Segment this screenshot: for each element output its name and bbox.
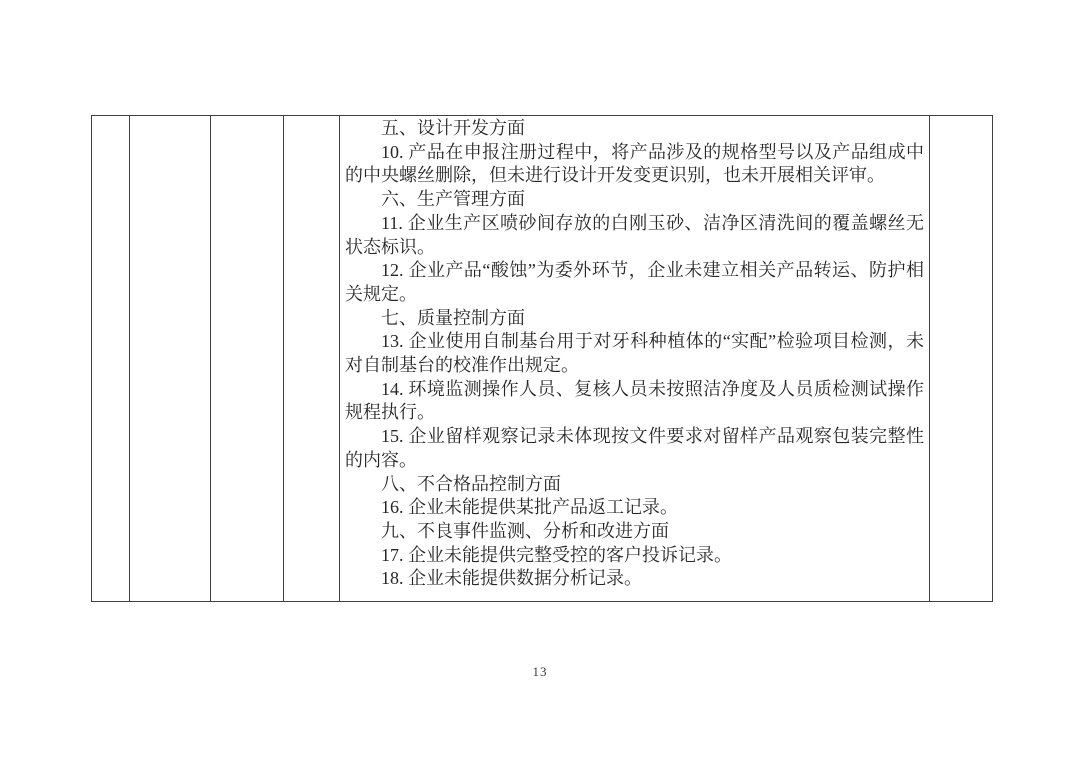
table-cell-empty-right xyxy=(930,116,992,601)
finding-item: 16. 企业未能提供某批产品返工记录。 xyxy=(345,496,924,520)
finding-item: 13. 企业使用自制基台用于对牙科种植体的“实配”检验项目检测，未对自制基台的校… xyxy=(345,330,924,377)
section-heading: 八、不合格品控制方面 xyxy=(345,473,924,497)
table-cell-empty-4 xyxy=(284,116,340,601)
table-cell-empty-3 xyxy=(211,116,284,601)
section-heading: 五、设计开发方面 xyxy=(345,117,924,141)
finding-item: 12. 企业产品“酸蚀”为委外环节，企业未建立相关产品转运、防护相关规定。 xyxy=(345,259,924,306)
page-number: 13 xyxy=(0,664,1080,680)
finding-item: 15. 企业留样观察记录未体现按文件要求对留样产品观察包装完整性的内容。 xyxy=(345,425,924,472)
findings-cell: 五、设计开发方面10. 产品在申报注册过程中，将产品涉及的规格型号以及产品组成中… xyxy=(340,116,930,601)
section-heading: 六、生产管理方面 xyxy=(345,188,924,212)
finding-item: 18. 企业未能提供数据分析记录。 xyxy=(345,567,924,591)
document-page: 五、设计开发方面10. 产品在申报注册过程中，将产品涉及的规格型号以及产品组成中… xyxy=(0,0,1080,764)
table-cell-empty-1 xyxy=(92,116,130,601)
finding-item: 14. 环境监测操作人员、复核人员未按照洁净度及人员质检测试操作规程执行。 xyxy=(345,378,924,425)
section-heading: 九、不良事件监测、分析和改进方面 xyxy=(345,520,924,544)
finding-item: 17. 企业未能提供完整受控的客户投诉记录。 xyxy=(345,544,924,568)
finding-item: 10. 产品在申报注册过程中，将产品涉及的规格型号以及产品组成中的中央螺丝删除，… xyxy=(345,141,924,188)
inspection-findings-table: 五、设计开发方面10. 产品在申报注册过程中，将产品涉及的规格型号以及产品组成中… xyxy=(91,115,993,602)
section-heading: 七、质量控制方面 xyxy=(345,307,924,331)
table-cell-empty-2 xyxy=(130,116,211,601)
finding-item: 11. 企业生产区喷砂间存放的白刚玉砂、洁净区清洗间的覆盖螺丝无状态标识。 xyxy=(345,212,924,259)
